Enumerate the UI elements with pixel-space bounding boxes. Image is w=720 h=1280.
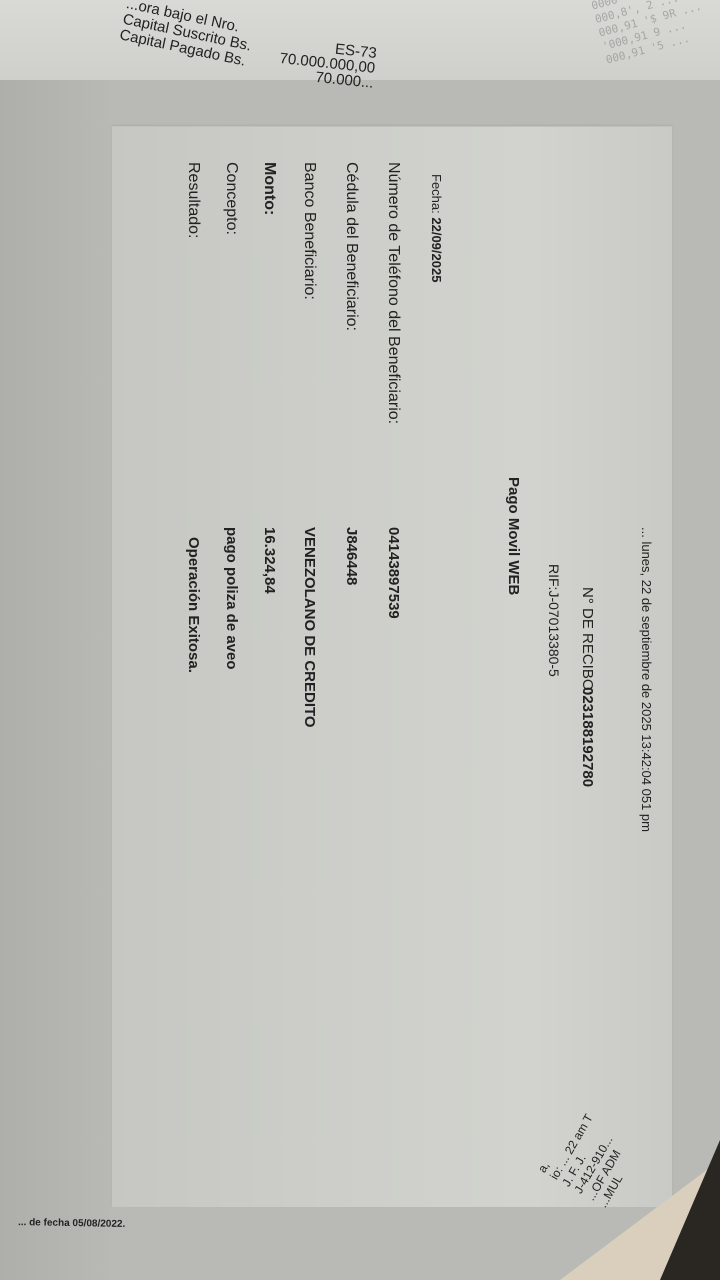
background-company-values: ES-73 70.000.000,00 70.000... bbox=[277, 36, 377, 91]
result-label: Resultado: bbox=[184, 162, 202, 239]
print-datetime: ... lunes, 22 de septiembre de 2025 13:4… bbox=[639, 527, 654, 832]
receipt-number: 023188192780 bbox=[579, 687, 596, 787]
cedula-value: J846448 bbox=[343, 527, 360, 585]
concept-value: pago poliza de aveo bbox=[223, 527, 240, 670]
background-footer-note: ... de fecha 05/08/2022. bbox=[18, 1217, 125, 1230]
dark-surface-corner bbox=[660, 1140, 720, 1280]
receipt-content-rotated: ... lunes, 22 de septiembre de 2025 13:4… bbox=[112, 127, 672, 1207]
bank-label: Banco Beneficiario: bbox=[300, 162, 318, 300]
result-value: Operación Exitosa. bbox=[185, 537, 202, 673]
amount-label: Monto: bbox=[260, 162, 278, 215]
phone-label: Número de Teléfono del Beneficiario: bbox=[384, 162, 402, 424]
cedula-label: Cédula del Beneficiario: bbox=[342, 162, 360, 331]
table-surface-shadow bbox=[0, 80, 110, 1280]
concept-label: Concepto: bbox=[222, 162, 240, 235]
payment-receipt: ... lunes, 22 de septiembre de 2025 13:4… bbox=[112, 126, 672, 1207]
phone-value: 04143897539 bbox=[385, 527, 402, 619]
bank-rif: RIF:J-07013380-5 bbox=[546, 564, 562, 677]
receipt-number-label: N° DE RECIBO: bbox=[579, 587, 596, 695]
date-value: 22/09/2025 bbox=[429, 217, 444, 282]
amount-value: 16.324,84 bbox=[261, 527, 278, 594]
bank-value: VENEZOLANO DE CREDITO bbox=[301, 527, 318, 728]
receipt-date: Fecha: 22/09/2025 bbox=[429, 174, 444, 282]
date-label: Fecha: bbox=[429, 174, 444, 214]
receipt-title: Pago Movil WEB bbox=[505, 477, 522, 595]
